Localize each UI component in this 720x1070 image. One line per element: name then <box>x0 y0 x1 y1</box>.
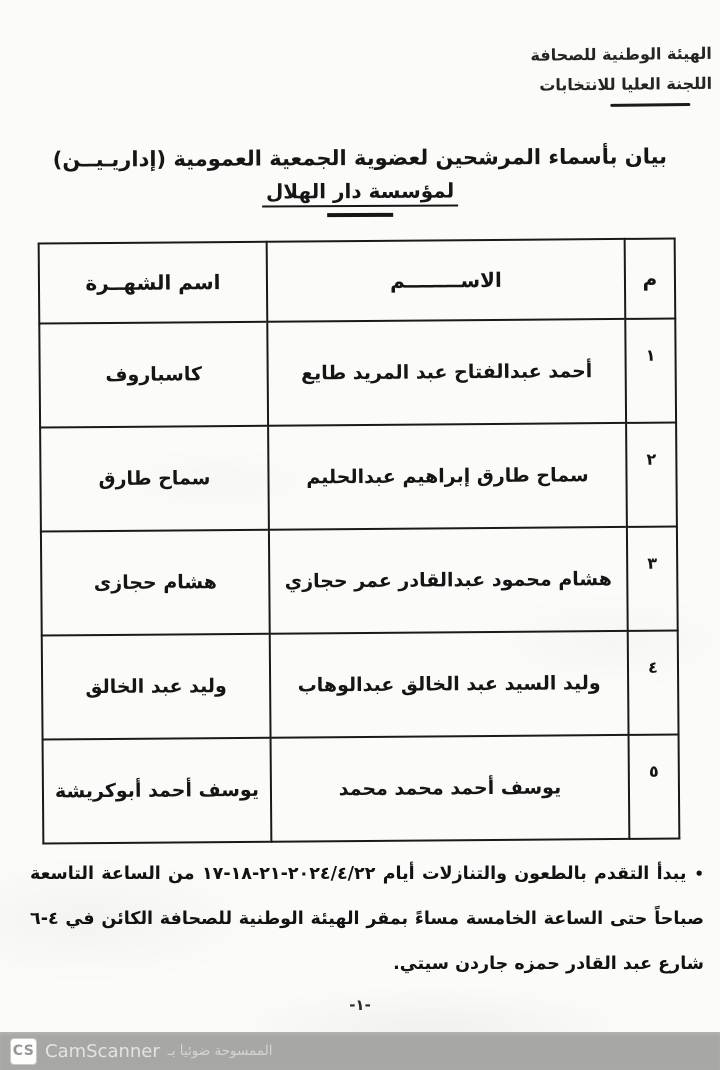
document-title: بيان بأسماء المرشحين لعضوية الجمعية العم… <box>0 144 720 218</box>
header-alias: اسم الشهــرة <box>39 242 268 324</box>
appeals-note: •يبدأ التقدم بالطعون والتنازلات أيام ٢٠٢… <box>30 852 704 987</box>
cell-serial: ١ <box>625 319 676 423</box>
header-serial: م <box>625 239 676 319</box>
camscanner-caption: الممسوحة ضوئيا بـ <box>168 1043 273 1059</box>
stamp-underline <box>610 103 690 107</box>
cell-alias: هشام حجازى <box>41 530 270 636</box>
camscanner-watermark-bar: CS CamScanner الممسوحة ضوئيا بـ <box>0 1032 720 1070</box>
table-row: ٤ وليد السيد عبد الخالق عبدالوهاب وليد ع… <box>42 631 679 740</box>
stamp-line-authority: الهيئة الوطنية للصحافة <box>482 39 712 71</box>
camscanner-brand: CamScanner <box>45 1041 160 1062</box>
cell-name: وليد السيد عبد الخالق عبدالوهاب <box>270 631 629 738</box>
table-row: ٣ هشام محمود عبدالقادر عمر حجازي هشام حج… <box>41 527 678 636</box>
page-number: -١- <box>0 996 720 1014</box>
table-row: ١ أحمد عبدالفتاح عبد المريد طايع كاسبارو… <box>39 319 676 428</box>
header-name: الاســــــــم <box>267 239 626 322</box>
cell-serial: ٤ <box>628 631 679 735</box>
cell-serial: ٢ <box>626 423 677 527</box>
cell-alias: سماح طارق <box>40 426 269 532</box>
table-header-row: م الاســــــــم اسم الشهــرة <box>39 239 676 324</box>
cell-name: سماح طارق إبراهيم عبدالحليم <box>268 423 627 530</box>
cell-name: أحمد عبدالفتاح عبد المريد طايع <box>267 319 626 426</box>
table-row: ٢ سماح طارق إبراهيم عبدالحليم سماح طارق <box>40 423 677 532</box>
table-row: ٥ يوسف أحمد محمد محمد يوسف أحمد أبوكريشة <box>43 735 680 844</box>
title-rule <box>327 213 393 217</box>
cell-name: هشام محمود عبدالقادر عمر حجازي <box>269 527 628 634</box>
authority-stamp: الهيئة الوطنية للصحافة اللجنة العليا للا… <box>482 39 713 108</box>
scanned-document-page: { "stamp": { "line1": "الهيئة الوطنية لل… <box>0 0 720 1070</box>
cell-alias: وليد عبد الخالق <box>42 634 271 740</box>
candidates-table: م الاســــــــم اسم الشهــرة ١ أحمد عبدا… <box>40 238 681 845</box>
note-text-before-date: يبدأ التقدم بالطعون والتنازلات أيام <box>383 864 687 884</box>
cell-serial: ٥ <box>629 735 680 839</box>
title-line-1: بيان بأسماء المرشحين لعضوية الجمعية العم… <box>0 144 720 172</box>
note-dates: ٢٠٢٤/٤/٢٢-٢١-١٨-١٧ <box>202 864 375 884</box>
bullet-icon: • <box>694 865 704 883</box>
title-line-2: لمؤسسة دار الهلال <box>262 178 458 207</box>
cell-alias: يوسف أحمد أبوكريشة <box>43 738 272 844</box>
cell-name: يوسف أحمد محمد محمد <box>271 735 630 842</box>
stamp-line-committee: اللجنة العليا للانتخابات <box>482 69 712 101</box>
cell-alias: كاسباروف <box>39 322 268 428</box>
camscanner-logo-icon: CS <box>10 1038 37 1065</box>
cell-serial: ٣ <box>627 527 678 631</box>
